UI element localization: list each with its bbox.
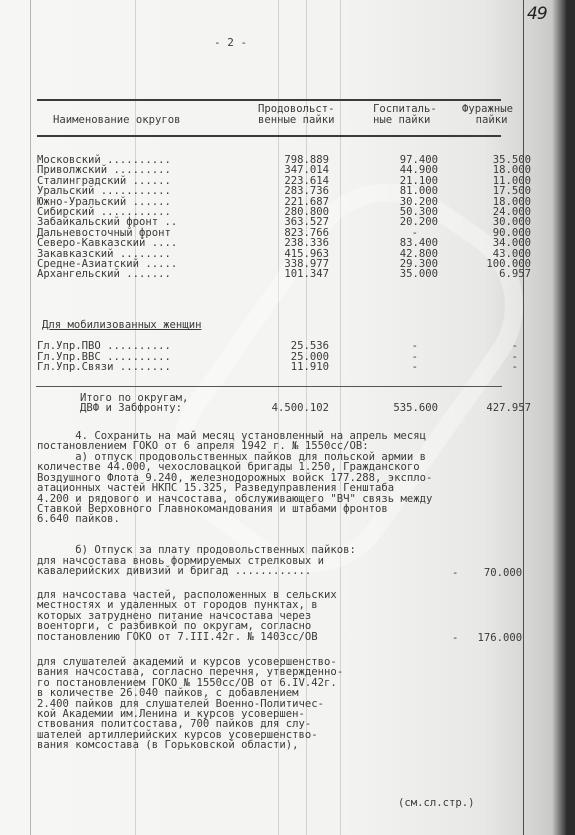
- food-rations-value: 25.536: [250, 341, 329, 351]
- header-line: ные пайки: [373, 114, 430, 126]
- section-4-intro: 4. Сохранить на май месяц установленный …: [37, 431, 426, 452]
- table-header-rule: [37, 135, 501, 137]
- table-top-rule: [37, 99, 501, 101]
- total-label-line: ДВФ и Забфронту:: [80, 402, 182, 414]
- hospital-rations-value: 20.200: [360, 217, 438, 227]
- food-rations-value: 11.910: [250, 362, 329, 372]
- hospital-rations-value: -: [360, 341, 418, 351]
- total-hospital: 535.600: [360, 403, 438, 413]
- fodder-rations-value: 6.957: [450, 269, 531, 279]
- header-line: венные пайки: [258, 114, 335, 126]
- header-line: пайки: [468, 114, 508, 126]
- total-food: 4.500.102: [220, 403, 329, 413]
- item-b-2-amount: - 176.000: [452, 632, 522, 644]
- header-hospital-rations: Госпиталь-ные пайки: [373, 104, 437, 126]
- section-4-item-b-title: б) Отпуск за плату продовольственных пай…: [37, 545, 356, 555]
- fodder-rations-value: -: [450, 341, 518, 351]
- district-name: Архангельский .......: [37, 269, 171, 279]
- fodder-rations-value: -: [450, 352, 518, 362]
- header-fodder-rations: Фуражныепайки: [462, 104, 513, 126]
- hospital-rations-value: -: [360, 352, 418, 362]
- total-rule: [36, 386, 502, 387]
- page-edge-line: [30, 0, 31, 835]
- sheet-number: 49: [527, 4, 547, 24]
- fodder-rations-value: -: [450, 362, 518, 372]
- hospital-rations-value: 35.000: [360, 269, 438, 279]
- section-4-item-b-1: для начсостава вновь формируемых стрелко…: [37, 556, 324, 577]
- document-page: 49 - 2 - Наименование округов Продовольс…: [0, 0, 575, 835]
- section-4-item-b-2: для начсостава частей, расположенных в с…: [37, 590, 337, 642]
- section-4-item-b-3: для слушателей академий и курсов усоверш…: [37, 657, 343, 751]
- hospital-rations-value: -: [360, 362, 418, 372]
- header-food-rations: Продовольст-венные пайки: [258, 104, 335, 126]
- food-rations-value: 101.347: [250, 269, 329, 279]
- continued-note: (см.сл.стр.): [398, 797, 475, 809]
- grid-line: [523, 0, 524, 835]
- district-name: Гл.Упр.ПВО ..........: [37, 341, 171, 351]
- total-label: Итого по округам,ДВФ и Забфронту:: [80, 393, 188, 414]
- section-4-item-a: а) отпуск продовольственных пайков для п…: [37, 452, 432, 525]
- district-name: Гл.Упр.Связи ........: [37, 362, 171, 372]
- page-number: - 2 -: [214, 36, 247, 49]
- item-b-1-amount: - 70.000: [452, 567, 522, 579]
- total-fodder: 427.957: [450, 403, 531, 413]
- header-district-name: Наименование округов: [53, 115, 181, 126]
- women-subheading: Для мобилизованных женщин: [42, 319, 201, 331]
